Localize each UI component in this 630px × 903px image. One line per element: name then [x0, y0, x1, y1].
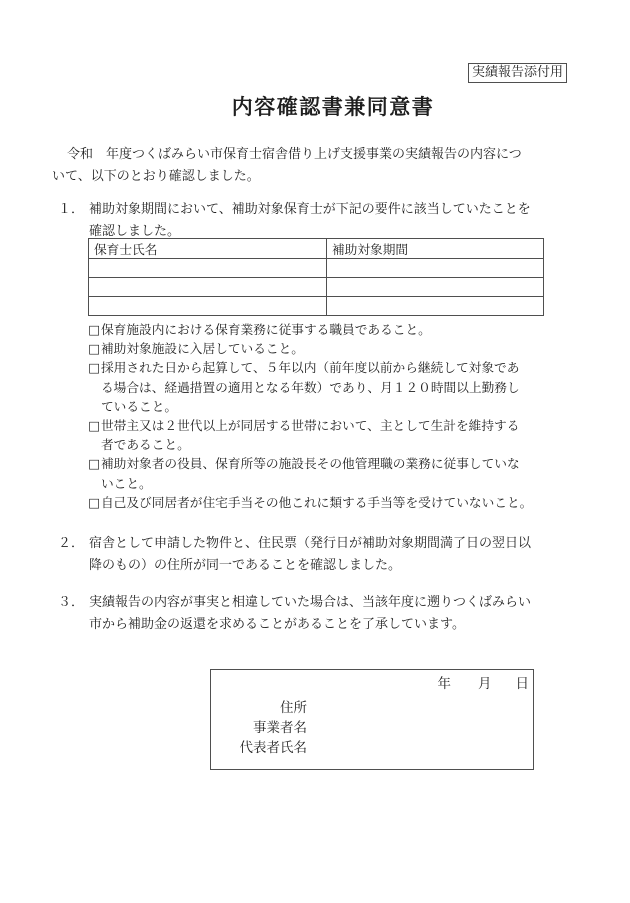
item-line: 市から補助金の返還を求めることがあることを了承しています。 — [89, 614, 531, 636]
item-number: １． — [58, 199, 84, 221]
checklist-text: 採用された日から起算して、５年以内（前年度以前から継続して対象であ — [101, 360, 519, 375]
checkbox-icon: □ — [88, 320, 101, 339]
table-row — [89, 297, 544, 316]
intro-line: 令和 年度つくばみらい市保育士宿舎借り上げ支援事業の実績報告の内容につ — [52, 144, 592, 166]
item-number: ３． — [58, 592, 84, 614]
table-cell — [327, 297, 544, 316]
numbered-item-2: ２． 宿舎として申請した物件と、住民票（発行日が補助対象期間満了日の翌日以 降の… — [58, 533, 531, 576]
table-cell — [89, 297, 327, 316]
checkbox-icon: □ — [88, 358, 101, 377]
requirements-checklist: □保育施設内における保育業務に従事する職員であること。 □補助対象施設に入居して… — [88, 320, 568, 512]
table-cell — [327, 259, 544, 278]
checklist-text: 補助対象施設に入居していること。 — [101, 341, 304, 356]
checkbox-icon: □ — [88, 339, 101, 358]
corner-tag-box: 実績報告添付用 — [468, 63, 567, 83]
checklist-text: 自己及び同居者が住宅手当その他これに類する手当等を受けていないこと。 — [101, 495, 532, 510]
signature-box: 年月日 住所 事業者名 代表者氏名 — [210, 669, 534, 770]
checklist-text: る場合は、経過措置の適用となる年数）であり、月１２０時間以上勤務し — [88, 378, 568, 397]
intro-line: いて、以下のとおり確認しました。 — [52, 166, 592, 188]
checklist-text: 世帯主又は２世代以上が同居する世帯において、主として生計を維持する — [101, 418, 519, 433]
column-header-caregiver-name: 保育士氏名 — [89, 239, 327, 259]
checklist-item: □自己及び同居者が住宅手当その他これに類する手当等を受けていないこと。 — [88, 493, 568, 512]
checklist-text: いこと。 — [88, 474, 568, 493]
caregiver-table: 保育士氏名 補助対象期間 — [88, 238, 544, 316]
column-header-subsidy-period: 補助対象期間 — [327, 239, 544, 259]
table-row — [89, 278, 544, 297]
table-cell — [89, 278, 327, 297]
item-line: 実績報告の内容が事実と相違していた場合は、当該年度に遡りつくばみらい — [89, 592, 531, 614]
checklist-item: □採用された日から起算して、５年以内（前年度以前から継続して対象であ る場合は、… — [88, 358, 568, 416]
item-line: 降のもの）の住所が同一であることを確認しました。 — [89, 555, 531, 577]
checkbox-icon: □ — [88, 493, 101, 512]
checkbox-icon: □ — [88, 416, 101, 435]
representative-name-label: 代表者氏名 — [211, 738, 307, 758]
table-cell — [327, 278, 544, 297]
document-page: 実績報告添付用 内容確認書兼同意書 令和 年度つくばみらい市保育士宿舎借り上げ支… — [0, 0, 630, 903]
corner-tag-label: 実績報告添付用 — [472, 65, 563, 80]
checklist-item: □補助対象者の役員、保育所等の施設長その他管理職の業務に従事していな いこと。 — [88, 454, 568, 492]
numbered-item-1: １． 補助対象期間において、補助対象保育士が下記の要件に該当していたことを 確認… — [58, 199, 531, 242]
date-line: 年月日 — [211, 670, 533, 692]
year-label: 年 — [438, 676, 452, 692]
intro-paragraph: 令和 年度つくばみらい市保育士宿舎借り上げ支援事業の実績報告の内容につ いて、以… — [52, 144, 592, 188]
signature-fields: 住所 事業者名 代表者氏名 — [211, 698, 307, 758]
business-name-label: 事業者名 — [211, 718, 307, 738]
checklist-text: 保育施設内における保育業務に従事する職員であること。 — [101, 322, 431, 337]
checklist-text: 補助対象者の役員、保育所等の施設長その他管理職の業務に従事していな — [101, 456, 520, 471]
item-number: ２． — [58, 533, 84, 555]
table-row — [89, 259, 544, 278]
item-line: 宿舎として申請した物件と、住民票（発行日が補助対象期間満了日の翌日以 — [89, 533, 531, 555]
page-title: 内容確認書兼同意書 — [0, 91, 630, 121]
checklist-text: 者であること。 — [88, 435, 568, 454]
checklist-text: ていること。 — [88, 397, 568, 416]
month-label: 月 — [478, 676, 492, 692]
item-line: 補助対象期間において、補助対象保育士が下記の要件に該当していたことを — [89, 199, 531, 221]
address-label: 住所 — [211, 698, 307, 718]
checklist-item: □補助対象施設に入居していること。 — [88, 339, 568, 358]
table-header-row: 保育士氏名 補助対象期間 — [89, 239, 544, 259]
day-label: 日 — [516, 676, 530, 692]
table-cell — [89, 259, 327, 278]
numbered-item-3: ３． 実績報告の内容が事実と相違していた場合は、当該年度に遡りつくばみらい 市か… — [58, 592, 531, 635]
checkbox-icon: □ — [88, 454, 101, 473]
checklist-item: □保育施設内における保育業務に従事する職員であること。 — [88, 320, 568, 339]
checklist-item: □世帯主又は２世代以上が同居する世帯において、主として生計を維持する 者であるこ… — [88, 416, 568, 454]
